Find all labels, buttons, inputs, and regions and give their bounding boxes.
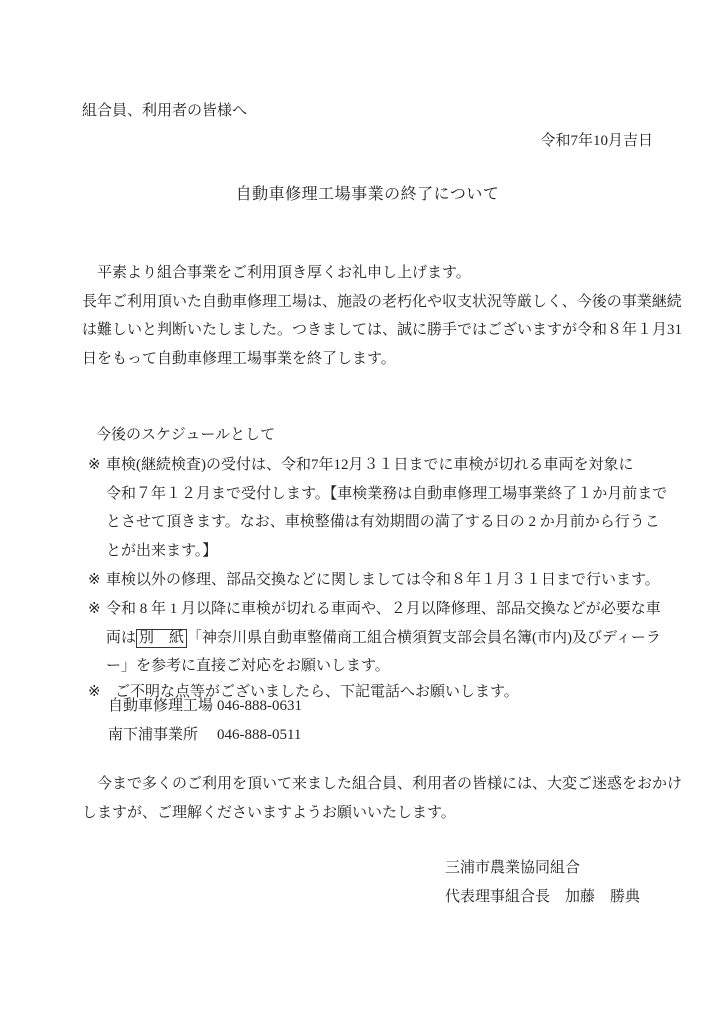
schedule-heading: 今後のスケジュールとして	[96, 421, 275, 450]
text-segment: 「神奈川県自動車整備商工組合横須賀支部会員名簿(市内)及びディーラ	[187, 630, 661, 646]
contact-row: 南下浦事業所046-888-0511	[108, 721, 302, 750]
recipient-line: 組合員、利用者の皆様へ	[82, 97, 247, 126]
signature-organization: 三浦市農業協同組合	[445, 854, 640, 883]
contact-name: 南下浦事業所	[108, 721, 217, 750]
document-page: 組合員、利用者の皆様へ 令和7年10月吉日 自動車修理工場事業の終了について 平…	[0, 0, 725, 1024]
contact-phone-number: 046-888-0511	[217, 727, 301, 743]
text-line: 今まで多くのご利用を頂いて来ました組合員、利用者の皆様には、大変ご迷惑をおかけ	[82, 770, 662, 799]
bullet-inspection: ※ 車検(継続検査)の受付は、令和7年12月３１日までに車検が切れる車両を対象に…	[88, 451, 706, 566]
intro-paragraph: 平素より組合事業をご利用頂き厚くお礼申し上げます。 長年ご利用頂いた自動車修理工…	[82, 259, 662, 374]
contact-list: 自動車修理工場046-888-0631 南下浦事業所046-888-0511	[108, 692, 302, 749]
text-line: は難しいと判断いたしました。つきましては、誠に勝手ではございますが令和８年１月3…	[82, 316, 662, 345]
text-line: 車検(継続検査)の受付は、令和7年12月３１日までに車検が切れる車両を対象に	[106, 451, 706, 480]
reference-mark: ※	[88, 566, 101, 595]
text-line: 長年ご利用頂いた自動車修理工場は、施設の老朽化や収支状況等厳しく、今後の事業継続	[82, 288, 662, 317]
text-line: とが出来ます。】	[106, 537, 706, 566]
contact-name: 自動車修理工場	[108, 692, 217, 721]
bullet-repairs: ※ 車検以外の修理、部品交換などに関しましては令和８年１月３１日まで行います。	[88, 566, 706, 595]
signature-block: 三浦市農業協同組合 代表理事組合長 加藤 勝典	[445, 854, 640, 911]
reference-mark: ※	[88, 595, 101, 624]
text-line: しますが、ご理解くださいますようお願いいたします。	[82, 799, 662, 828]
date-line: 令和7年10月吉日	[82, 127, 653, 156]
text-line: 平素より組合事業をご利用頂き厚くお礼申し上げます。	[82, 259, 662, 288]
reference-mark: ※	[88, 451, 101, 480]
bessi-boxed-label: 別 紙	[136, 629, 187, 648]
text-line: ー」を参考に直接ご対応をお願いします。	[106, 652, 706, 681]
reference-mark: ※	[88, 678, 101, 707]
bullet-after-january: ※ 令和 8 年 1 月以降に車検が切れる車両や、２月以降修理、部品交換などが必…	[88, 595, 706, 681]
text-line: 車検以外の修理、部品交換などに関しましては令和８年１月３１日まで行います。	[106, 566, 706, 595]
text-line: 両は別 紙「神奈川県自動車整備商工組合横須賀支部会員名簿(市内)及びディーラ	[106, 624, 706, 653]
closing-paragraph: 今まで多くのご利用を頂いて来ました組合員、利用者の皆様には、大変ご迷惑をおかけ …	[82, 770, 662, 827]
text-segment: 両は	[106, 630, 136, 646]
signature-representative: 代表理事組合長 加藤 勝典	[445, 883, 640, 912]
contact-row: 自動車修理工場046-888-0631	[108, 692, 302, 721]
contact-phone-number: 046-888-0631	[217, 698, 302, 714]
document-title: 自動車修理工場事業の終了について	[82, 181, 653, 210]
text-line: とさせて頂きます。なお、車検整備は有効期間の満了する日の 2 か月前から行うこ	[106, 508, 706, 537]
text-line: 令和 8 年 1 月以降に車検が切れる車両や、２月以降修理、部品交換などが必要な…	[106, 595, 706, 624]
text-line: 日をもって自動車修理工場事業を終了します。	[82, 345, 662, 374]
text-line: 令和７年１２月まで受付します。【車検業務は自動車修理工場事業終了１か月前まで	[106, 480, 706, 509]
